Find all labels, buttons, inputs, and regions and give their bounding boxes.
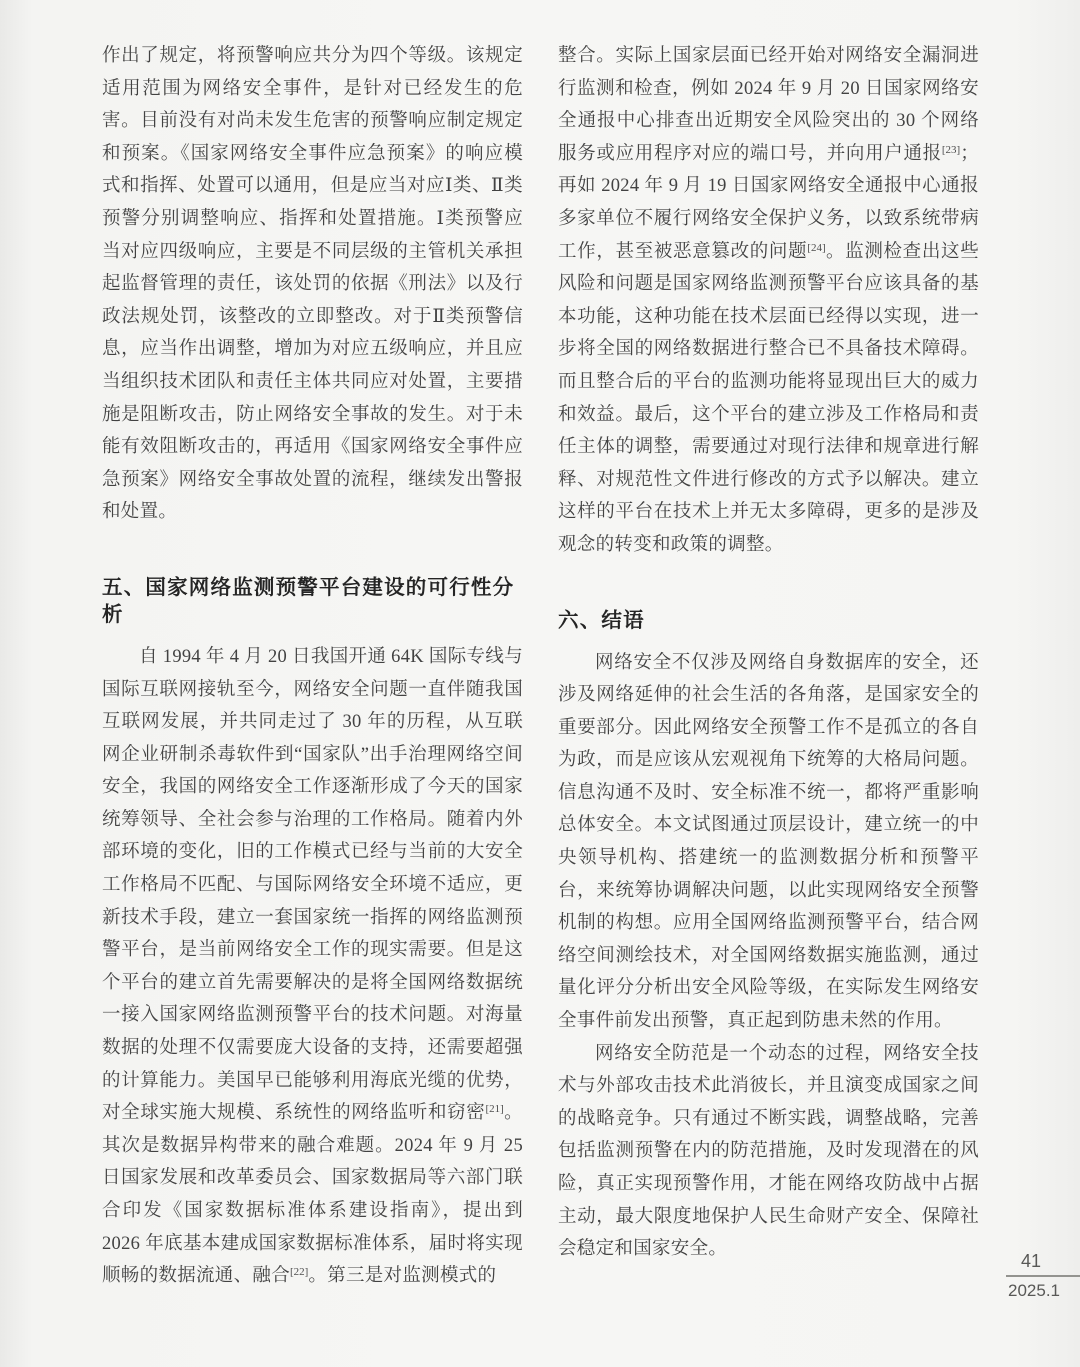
page-number: 41 [1006,1250,1056,1272]
issue-number: 2025.1 [1006,1281,1080,1301]
citation-ref-23: [23] [942,144,960,156]
body-paragraph-continuation: 作出了规定，将预警响应共分为四个等级。该规定适用范围为网络安全事件，是针对已经发… [102,40,523,529]
section-heading-6: 六、结语 [558,607,979,634]
paragraph-text: 自 1994 年 4 月 20 日我国开通 64K 国际专线与国际互联网接轨至今… [102,647,523,1123]
left-column: 作出了规定，将预警响应共分为四个等级。该规定适用范围为网络安全事件，是针对已经发… [102,40,523,1293]
page-footer: 41 2025.1 [1006,1250,1080,1301]
body-paragraph: 自 1994 年 4 月 20 日我国开通 64K 国际专线与国际互联网接轨至今… [102,641,523,1293]
section-heading-5: 五、国家网络监测预警平台建设的可行性分析 [102,574,523,628]
paper-page: 作出了规定，将预警响应共分为四个等级。该规定适用范围为网络安全事件，是针对已经发… [0,0,1080,1367]
citation-ref-22: [22] [290,1266,308,1278]
paragraph-text: 。第三是对监测模式的 [308,1266,496,1286]
body-paragraph-continuation: 整合。实际上国家层面已经开始对网络安全漏洞进行监测和检查，例如 2024 年 9… [558,40,979,562]
paragraph-text: 。其次是数据异构带来的融合难题。2024 年 9 月 25 日国家发展和改革委员… [102,1103,523,1286]
body-paragraph: 网络安全不仅涉及网络自身数据库的安全，还涉及网络延伸的社会生活的各角落，是国家安… [558,647,979,1038]
body-paragraph: 网络安全防范是一个动态的过程，网络安全技术与外部攻击技术此消彼长，并且演变成国家… [558,1038,979,1266]
citation-ref-21: [21] [485,1103,503,1115]
footer-rule [1006,1275,1080,1277]
citation-ref-24: [24] [807,242,825,254]
paragraph-text: 整合。实际上国家层面已经开始对网络安全漏洞进行监测和检查，例如 2024 年 9… [558,46,979,164]
paragraph-text: 。监测检查出这些风险和问题是国家网络监测预警平台应该具备的基本功能，这种功能在技… [558,242,979,555]
right-column: 整合。实际上国家层面已经开始对网络安全漏洞进行监测和检查，例如 2024 年 9… [558,40,979,1266]
